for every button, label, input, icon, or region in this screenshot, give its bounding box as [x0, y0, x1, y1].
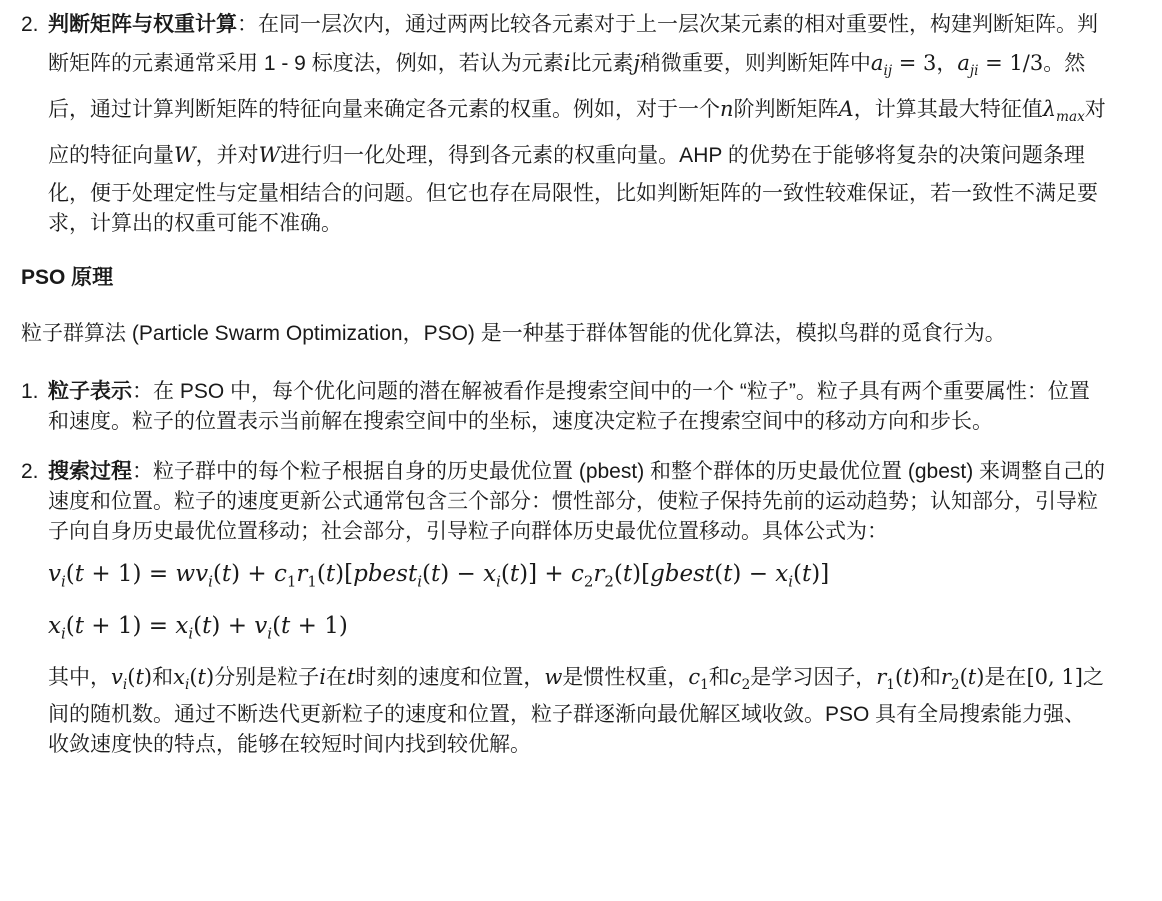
document-body: 2. 判断矩阵与权重计算：在同一层次内，通过两两比较各元素对于上一层次某元素的相… [0, 0, 1162, 760]
paragraph-symbol-explanation: 其中，vi(t)和xi(t)分别是粒子i在t时刻的速度和位置，w是惯性权重，c1… [48, 654, 1106, 760]
rich-text-particle-representation: 粒子表示：在 PSO 中，每个优化问题的潜在解被看作是搜索空间中的一个 “粒子”… [48, 377, 1106, 437]
ahp-step-list: 2. 判断矩阵与权重计算：在同一层次内，通过两两比较各元素对于上一层次某元素的相… [21, 10, 1106, 239]
list-marker: 2. [21, 10, 39, 40]
rich-text-search-process: 搜索过程：粒子群中的每个粒子根据自身的历史最优位置 (pbest) 和整个群体的… [48, 457, 1106, 547]
list-item-search-process: 2. 搜索过程：粒子群中的每个粒子根据自身的历史最优位置 (pbest) 和整个… [21, 457, 1106, 760]
pso-intro-paragraph: 粒子群算法 (Particle Swarm Optimization，PSO) … [21, 319, 1106, 349]
formula-position-update: xi(t + 1) = xi(t) + vi(t + 1) [48, 601, 1106, 652]
pso-heading: PSO 原理 [21, 263, 1106, 293]
list-marker: 1. [21, 377, 39, 407]
list-item-particle-representation: 1. 粒子表示：在 PSO 中，每个优化问题的潜在解被看作是搜索空间中的一个 “… [21, 377, 1106, 437]
list-marker: 2. [21, 457, 39, 487]
pso-step-list: 1. 粒子表示：在 PSO 中，每个优化问题的潜在解被看作是搜索空间中的一个 “… [21, 377, 1106, 760]
list-item-judgment-matrix: 2. 判断矩阵与权重计算：在同一层次内，通过两两比较各元素对于上一层次某元素的相… [21, 10, 1106, 239]
formula-velocity-update: vi(t + 1) = wvi(t) + c1r1(t)[pbesti(t) −… [48, 549, 1106, 600]
rich-text-judgment-matrix: 判断矩阵与权重计算：在同一层次内，通过两两比较各元素对于上一层次某元素的相对重要… [48, 10, 1106, 239]
